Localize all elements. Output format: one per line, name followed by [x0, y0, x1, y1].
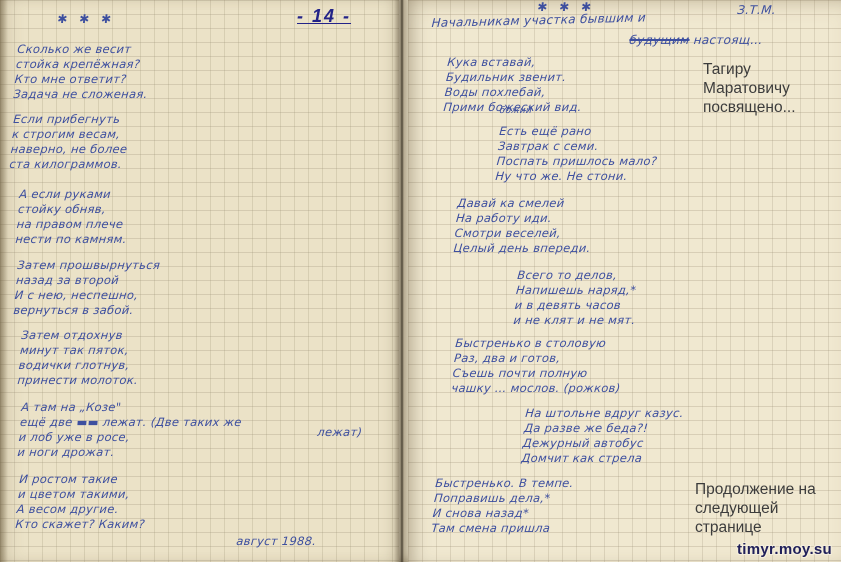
poem-stanza: Всего то делов,Напишешь наряд,*и в девят… — [513, 268, 640, 328]
handwritten-line: А весом другие. — [16, 502, 147, 517]
handwritten-line: Задача не сложеная. — [13, 87, 148, 102]
handwritten-line: Домчит как стрела — [521, 451, 681, 466]
poem-stanza: Быстренько. В темпе.Поправишь дела,*И сн… — [431, 476, 574, 536]
handwritten-line: Быстренько в столовую — [455, 336, 625, 351]
interline-correction: божий — [499, 106, 532, 116]
handwritten-line: Ну что же. Не стони. — [495, 169, 657, 184]
dedication-caption: Тагиру Маратовичу посвящено... — [703, 60, 796, 117]
handwritten-line: и в девять часов — [514, 298, 637, 313]
handwritten-line: И снова назад* — [432, 506, 572, 521]
poem-stanza: А там на „Козе"ещё две ▬▬ лежат. (Две та… — [17, 400, 244, 460]
handwritten-line: ещё две ▬▬ лежат. (Две таких же — [19, 415, 242, 430]
handwritten-line: Воды похлебай, — [444, 85, 584, 100]
handwritten-line: и лоб уже в росе, — [18, 430, 241, 445]
handwritten-line: А там на „Козе" — [21, 400, 244, 415]
handwritten-line: Кто скажет? Каким? — [15, 517, 146, 532]
handwritten-line: На штольне вдруг казус. — [525, 406, 685, 421]
handwritten-line: Затем прошвырнуться — [17, 258, 161, 273]
handwritten-line: Кто мне ответит? — [14, 72, 149, 87]
handwritten-line: Поспать пришлось мало? — [496, 154, 658, 169]
handwritten-line: назад за второй — [15, 273, 159, 288]
handwritten-line: стойку обняв, — [17, 202, 130, 217]
handwritten-line: ста килограммов. — [9, 157, 127, 172]
handwritten-line: минут так пяток, — [19, 343, 141, 358]
handwritten-line: к строгим весам, — [11, 127, 129, 142]
poem-stanza: На штольне вдруг казус.Да разве же беда?… — [521, 406, 685, 466]
continuation-caption: Продолжение на следующей странице — [695, 480, 816, 537]
poem-stanza: Давай ка смелейНа работу иди.Смотри весе… — [453, 196, 595, 256]
notebook-scan: ✱ ✱ ✱ Сколько же веситстойка крепёжная?К… — [0, 0, 841, 562]
poem-date: август 1988. — [236, 534, 317, 549]
poem-stanza: Быстренько в столовуюРаз, два и готов,Съ… — [451, 336, 625, 396]
handwritten-line: и цветом такими, — [17, 487, 148, 502]
handwritten-line: Смотри веселей, — [454, 226, 592, 241]
handwritten-line: Поправишь дела,* — [433, 491, 573, 506]
page-number: - 14 - — [297, 6, 351, 27]
poem-dedication-correction: будущим настоящ… — [629, 33, 764, 48]
margin-note: лежат) — [317, 425, 363, 440]
handwritten-line: принести молоток. — [17, 373, 139, 388]
handwritten-line: Затем отдохнув — [21, 328, 143, 343]
struck-word: будущим — [629, 33, 690, 47]
replacement-word: настоящ… — [693, 33, 763, 47]
section-asterisks-left: ✱ ✱ ✱ — [57, 12, 116, 27]
poem-stanza: Если прибегнутьк строгим весам,наверно, … — [9, 112, 131, 172]
handwritten-line: и ноги дрожат. — [17, 445, 240, 460]
handwritten-line: Завтрак с семи. — [497, 139, 659, 154]
handwritten-line: чашку … мослов. (рожков) — [451, 381, 621, 396]
handwritten-line: Съешь почти полную — [452, 366, 622, 381]
handwritten-line: водички глотнув, — [18, 358, 140, 373]
handwritten-line: и не клят и не мят. — [513, 313, 636, 328]
handwritten-line: И ростом такие — [19, 472, 150, 487]
handwritten-line: Да разве же беда?! — [523, 421, 683, 436]
handwritten-line: на правом плече — [16, 217, 129, 232]
poem-stanza: И ростом такиеи цветом такими,А весом др… — [15, 472, 150, 532]
handwritten-line: Если прибегнуть — [13, 112, 131, 127]
handwritten-line: Всего то делов, — [517, 268, 640, 283]
handwritten-line: Кука вставай, — [447, 55, 587, 70]
handwritten-line: наверно, не более — [10, 142, 128, 157]
handwritten-line: вернуться в забой. — [13, 303, 157, 318]
handwritten-line: Напишешь наряд,* — [515, 283, 638, 298]
handwritten-line: А если руками — [19, 187, 132, 202]
handwritten-line: Есть ещё рано — [499, 124, 661, 139]
handwritten-line: стойка крепёжная? — [15, 57, 150, 72]
handwritten-line: Будильник звенит. — [445, 70, 585, 85]
handwritten-line: Раз, два и готов, — [453, 351, 623, 366]
poem-stanza: Затем отдохнувминут так пяток,водички гл… — [17, 328, 143, 388]
site-watermark: timyr.moy.su — [737, 541, 832, 558]
handwritten-line: Дежурный автобус — [522, 436, 682, 451]
poem-stanza: Сколько же веситстойка крепёжная?Кто мне… — [13, 42, 152, 102]
handwritten-line: Сколько же весит — [17, 42, 152, 57]
handwritten-line: Быстренько. В темпе. — [435, 476, 575, 491]
poem-stanza: А если рукамистойку обняв,на правом плеч… — [15, 187, 131, 247]
handwritten-line: На работу иди. — [455, 211, 593, 226]
poem-dedication-line: Начальникам участка бывшим и — [431, 10, 646, 31]
handwritten-line: Давай ка смелей — [457, 196, 595, 211]
handwritten-line: Там смена пришла — [431, 521, 571, 536]
corner-initials: З.Т.М. — [737, 3, 777, 18]
poem-stanza: Есть ещё раноЗавтрак с семи.Поспать приш… — [495, 124, 661, 184]
handwritten-line: И с нею, неспешно, — [14, 288, 158, 303]
handwritten-line: Целый день впереди. — [453, 241, 591, 256]
poem-stanza: Затем прошвырнутьсяназад за второйИ с не… — [13, 258, 161, 318]
notebook-left-page: ✱ ✱ ✱ Сколько же веситстойка крепёжная?К… — [0, 0, 399, 562]
handwritten-line: нести по камням. — [15, 232, 128, 247]
page-edge — [0, 0, 8, 562]
